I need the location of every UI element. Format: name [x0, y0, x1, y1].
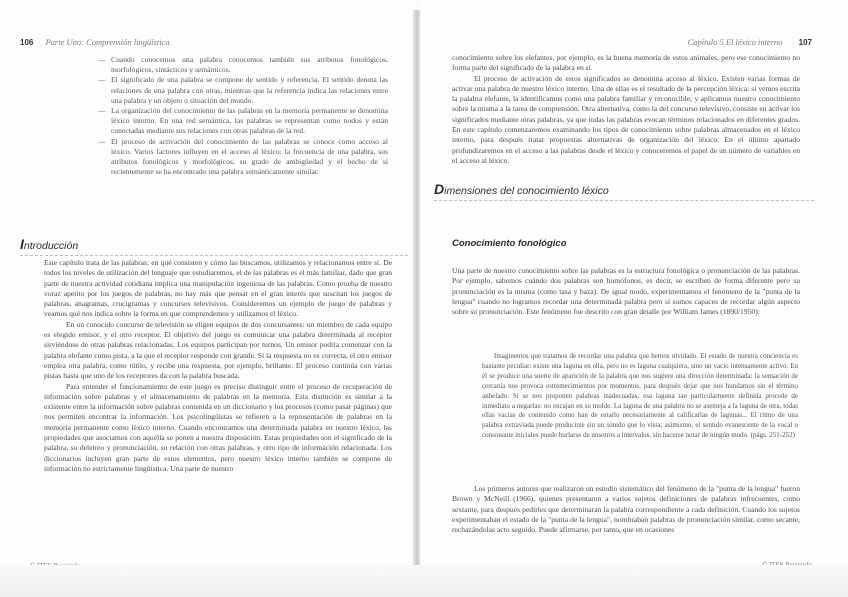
- dash-bullet-icon: —: [98, 55, 106, 65]
- block-quote: Imaginemos que tratamos de recordar una …: [482, 352, 798, 441]
- left-body-text: Este capítulo trata de las palabras: en …: [44, 258, 392, 474]
- paragraph: En un conocido concurso de televisión se…: [44, 320, 392, 382]
- subsection-heading: Conocimiento fonológico: [452, 238, 567, 249]
- running-title: Parte Uno: Comprensión lingüística: [45, 37, 169, 47]
- section-heading-dimensiones: Dimensiones del conocimiento léxico: [434, 181, 814, 201]
- dash-bullet-icon: —: [98, 137, 106, 147]
- right-running-head: Capítulo 5 El léxico interno 107: [688, 37, 812, 47]
- right-page: Capítulo 5 El léxico interno 107 conocim…: [420, 0, 848, 597]
- summary-list: — Cuando conocemos una palabra conocemos…: [98, 55, 388, 177]
- scan-edge: [0, 565, 848, 597]
- running-title: Capítulo 5 El léxico interno: [688, 37, 783, 47]
- paragraph: Para entender el funcionamiento de este …: [44, 382, 392, 475]
- page-number: 107: [799, 38, 812, 47]
- summary-item: — El significado de una palabra se compo…: [98, 75, 388, 106]
- paragraph: Este capítulo trata de las palabras: en …: [44, 258, 392, 320]
- paragraph: El proceso de activación de estos signif…: [452, 74, 800, 167]
- page-number: 106: [20, 38, 33, 47]
- right-intro-text: conocimiento sobre los elefantes, por ej…: [452, 53, 800, 166]
- left-page: 106 Parte Uno: Comprensión lingüística —…: [0, 0, 414, 597]
- phonological-paragraph: Una parte de nuestro conocimiento sobre …: [452, 266, 800, 317]
- summary-item: — La organización del conocimiento de la…: [98, 106, 388, 137]
- section-heading-introduccion: Introducción: [20, 236, 408, 256]
- summary-item: — El proceso de activación del conocimie…: [98, 137, 388, 178]
- book-spread: 106 Parte Uno: Comprensión lingüística —…: [0, 0, 848, 597]
- closing-paragraph: Los primeros autores que realizaron un e…: [452, 484, 800, 535]
- dash-bullet-icon: —: [98, 106, 106, 116]
- summary-item: — Cuando conocemos una palabra conocemos…: [98, 55, 388, 75]
- dash-bullet-icon: —: [98, 75, 106, 85]
- paragraph: conocimiento sobre los elefantes, por ej…: [452, 53, 800, 74]
- left-running-head: 106 Parte Uno: Comprensión lingüística: [20, 37, 170, 47]
